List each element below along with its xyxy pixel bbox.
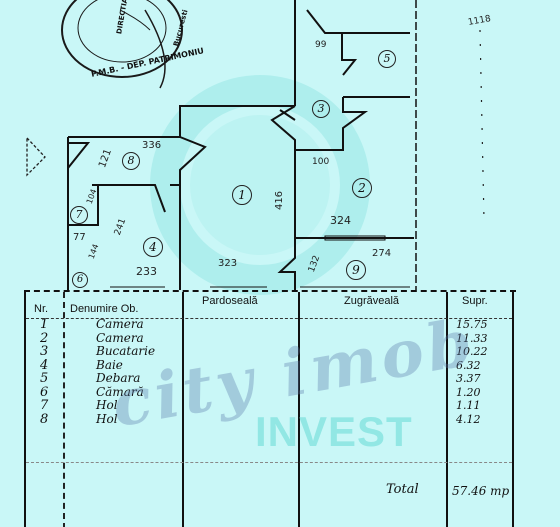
row-nr: 3 [40, 345, 48, 359]
row-nr: 7 [40, 399, 48, 413]
row-nr: 6 [40, 386, 48, 400]
row-divider [26, 462, 512, 463]
watermark-invest: INVEST [255, 408, 413, 456]
row-supr: 1.20 [456, 386, 488, 400]
row-supr: 4.12 [456, 413, 488, 427]
dimension-label: 274 [372, 248, 391, 259]
row-nr: 8 [40, 413, 48, 427]
total-value: 57.46 mp [452, 484, 509, 498]
room-label-5: 5 [378, 50, 396, 68]
dimension-label: 100 [312, 157, 329, 167]
room-label-3: 3 [312, 100, 330, 118]
room-label-4: 4 [143, 237, 163, 257]
column-divider [512, 292, 514, 527]
room-label-8: 8 [122, 152, 140, 170]
header-zugraveala: Zugrăveală [344, 295, 399, 307]
dimension-label: 77 [73, 232, 86, 243]
north-arrow-icon [27, 138, 45, 175]
row-nr: 4 [40, 359, 48, 373]
room-label-1: 1 [232, 185, 252, 205]
row-denumire: Bucatarie [96, 345, 155, 359]
room-label-2: 2 [352, 178, 372, 198]
room-label-9: 9 [346, 260, 366, 280]
column-divider [63, 292, 66, 527]
dimension-label: 336 [142, 140, 161, 151]
dimension-label: 323 [218, 258, 237, 269]
row-nr: 1 [40, 318, 48, 332]
room-label-7: 7 [70, 206, 88, 224]
room-label-6: 6 [72, 272, 88, 288]
watermark-logo [150, 75, 370, 295]
row-denumire: Camera [96, 318, 155, 332]
dimension-label: 324 [330, 214, 351, 227]
dimension-label: 233 [136, 265, 157, 278]
header-nr: Nr. [34, 303, 48, 315]
row-nr: 2 [40, 332, 48, 346]
header-pardoseala: Pardoseală [202, 295, 258, 307]
header-denumire: Denumire Ob. [70, 303, 138, 315]
dimension-label: 416 [274, 191, 285, 210]
row-nr: 5 [40, 372, 48, 386]
total-label: Total [386, 482, 419, 497]
row-numbers: 1 2 3 4 5 6 7 8 [40, 318, 48, 426]
row-denumire: Camera [96, 332, 155, 346]
dimension-label: 99 [315, 40, 326, 50]
row-supr: 1.11 [456, 399, 488, 413]
